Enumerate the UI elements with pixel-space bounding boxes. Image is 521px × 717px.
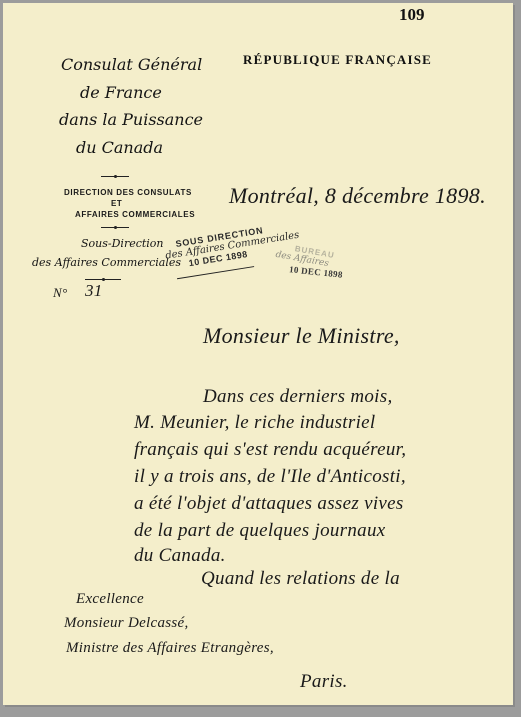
direction-affaires: AFFAIRES COMMERCIALES (75, 210, 195, 219)
date-line: Montréal, 8 décembre 1898. (229, 183, 486, 209)
addressee-title: Ministre des Affaires Etrangères, (66, 640, 274, 657)
letterhead-puissance: dans la Puissance (59, 110, 203, 129)
divider-rule (101, 176, 129, 177)
body-line: M. Meunier, le riche industriel (134, 412, 375, 434)
body-line: de la part de quelques journaux (134, 520, 386, 542)
divider-rule (101, 227, 129, 228)
sous-direction-label: Sous-Direction (81, 237, 164, 250)
addressee-city: Paris. (300, 671, 348, 693)
letterhead-canada: du Canada (76, 138, 163, 157)
body-line: il y a trois ans, de l'Ile d'Anticosti, (134, 466, 406, 488)
addressee-excellence: Excellence (76, 591, 144, 608)
stamp-date-faint: 10 DEC 1898 (289, 264, 344, 280)
body-line: français qui s'est rendu acquéreur, (134, 439, 406, 461)
body-line: Dans ces derniers mois, (203, 386, 393, 408)
body-line: Quand les relations de la (201, 568, 400, 590)
direction-consulats: DIRECTION DES CONSULATS (64, 188, 192, 197)
letter-page: 109 RÉPUBLIQUE FRANÇAISE Consulat Généra… (3, 3, 513, 705)
dossier-number-label: N° (53, 285, 67, 301)
letterhead-consulat: Consulat Général (61, 55, 202, 74)
letterhead-republique: RÉPUBLIQUE FRANÇAISE (243, 52, 432, 68)
body-line: du Canada. (134, 545, 226, 567)
dossier-number: 31 (85, 281, 103, 301)
divider-rule (85, 279, 121, 280)
body-line: a été l'objet d'attaques assez vives (134, 493, 404, 515)
sous-direction-affaires: des Affaires Commerciales (32, 256, 181, 269)
direction-et: ET (111, 199, 122, 208)
page-number: 109 (399, 5, 425, 25)
letterhead-de-france: de France (80, 83, 162, 102)
salutation: Monsieur le Ministre, (203, 323, 400, 349)
addressee-name: Monsieur Delcassé, (64, 615, 189, 632)
